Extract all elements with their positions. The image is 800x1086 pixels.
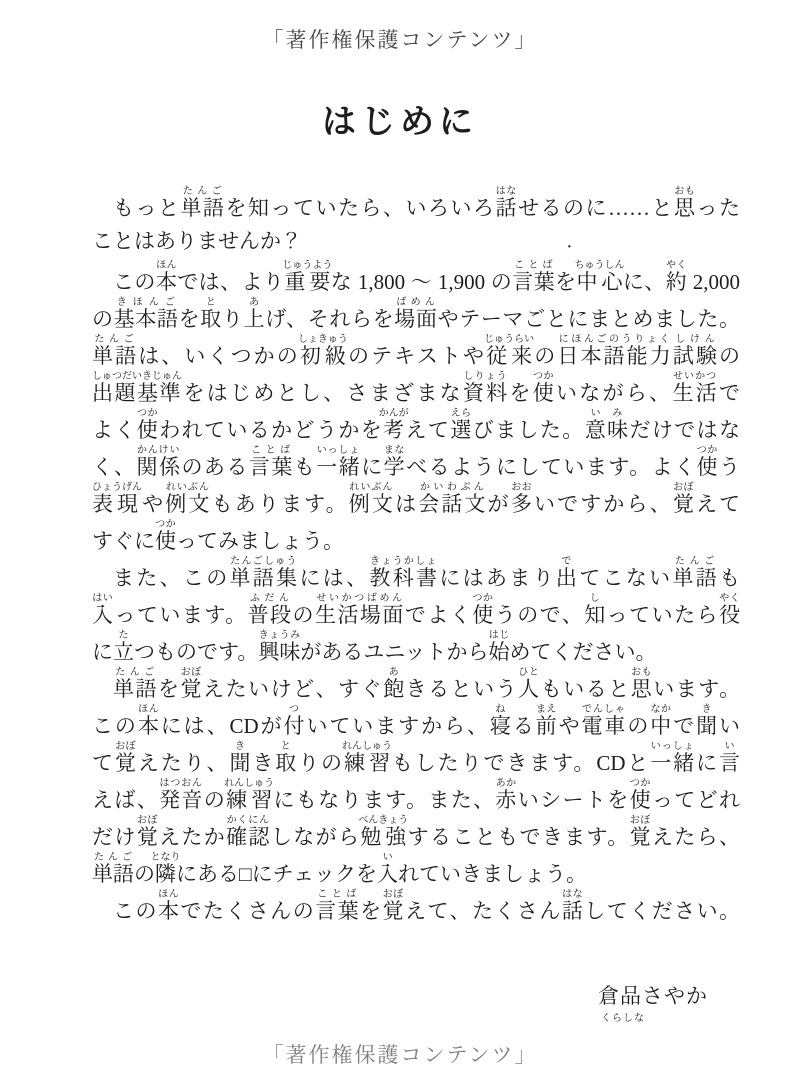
ruby-annotated-word: 使つか <box>697 455 719 479</box>
text-line: 単語たんごの隣となりにある□にチェックを入いれていきましょう。 <box>92 852 740 889</box>
content-area: もっと単語たんごを知っていたら、いろいろ話はなせるのに……と思おもったことはあり… <box>92 186 740 926</box>
ruby-annotated-word: 言葉ことば <box>512 270 555 294</box>
ruby-annotated-word: 重要じゅうよう <box>284 270 330 294</box>
ruby-annotated-word: 中なか <box>650 714 673 738</box>
ruby-annotated-word: 使つか <box>155 529 176 553</box>
ruby-annotated-word: 初級しょきゅう <box>300 344 346 368</box>
ruby-annotated-word: 会話文かいわぶん <box>418 492 487 516</box>
ruby-annotated-word: 覚おぼ <box>673 492 696 516</box>
ruby-annotated-word: 言葉ことば <box>315 899 360 923</box>
ruby-annotated-word: 本ほん <box>156 270 177 294</box>
ruby-annotated-word: 人ひと <box>518 677 541 701</box>
ruby-annotated-word: 思おも <box>674 196 697 220</box>
text-line: 単語たんごを覚おぼえたいけど、すぐ飽あきるという人ひともいると思おもいます。 <box>92 667 740 704</box>
ruby-annotated-word: 役やく <box>719 603 740 627</box>
ruby-annotated-word: 生活場面せいかつばめん <box>315 603 405 627</box>
text-line: に立たつものです。興味きょうみがあるユニットから始はじめてください。 <box>92 630 740 667</box>
author-signature: 倉品さやか くらしな <box>598 980 708 1024</box>
ruby-annotated-word: 場面ばめん <box>394 307 437 331</box>
author-surname: 倉品 <box>598 984 642 1008</box>
ruby-annotated-word: 上あ <box>244 307 266 331</box>
ruby-annotated-word: 聞き <box>229 751 252 775</box>
ruby-annotated-word: 飽あ <box>383 677 406 701</box>
ruby-annotated-word: 単語たんご <box>92 862 134 886</box>
ruby-annotated-word: 本ほん <box>158 899 180 923</box>
ruby-annotated-word: 関係かんけい <box>137 455 182 479</box>
ruby-annotated-word: 単語集たんごしゅう <box>230 566 300 590</box>
ruby-annotated-word: 覚おぼ <box>115 751 138 775</box>
text-line: すぐに使つかってみましょう。 <box>92 519 740 556</box>
ruby-annotated-word: 意味いみ <box>585 418 630 442</box>
text-line: だけ覚おぼえたか確認かくにんしながら勉強べんきょうすることもできます。覚おぼえた… <box>92 815 740 852</box>
ruby-annotated-word: 電車でんしゃ <box>582 714 628 738</box>
text-line: よく使つかわれているかどうかを考かんがえて選えらびました。意味いみだけではな <box>92 408 740 445</box>
ruby-annotated-word: 言い <box>719 751 740 775</box>
ruby-annotated-word: 確認かくにん <box>226 825 271 849</box>
ruby-annotated-word: 知し <box>584 603 606 627</box>
ruby-annotated-word: 選えら <box>450 418 472 442</box>
ruby-annotated-word: 言葉ことば <box>249 455 294 479</box>
ruby-annotated-word: 使つか <box>472 603 494 627</box>
ruby-annotated-word: 一緒いっしょ <box>650 751 696 775</box>
ruby-annotated-word: 中心ちゅうしん <box>576 270 622 294</box>
ruby-annotated-word: 付つ <box>284 714 307 738</box>
ruby-annotated-word: 入はい <box>92 603 114 627</box>
text-line: 単語たんごは、いくつかの初級しょきゅうのテキストや従来じゅうらいの日本語能力にほ… <box>92 334 740 371</box>
ruby-annotated-word: 多おお <box>511 492 534 516</box>
text-line: の基本語きほんごを取とり上あげ、それらを場面ばめんやテーマごとにまとめました。 <box>92 297 740 334</box>
ruby-annotated-word: 表現ひょうげん <box>92 492 140 516</box>
stray-dot-mark: · <box>566 236 573 259</box>
ruby-annotated-word: 一緒いっしょ <box>316 455 361 479</box>
ruby-annotated-word: 使つか <box>137 418 159 442</box>
ruby-annotated-word: 約やく <box>666 270 687 294</box>
ruby-annotated-word: 例文れいぶん <box>165 492 211 516</box>
ruby-annotated-word: 練習れんしゅう <box>226 788 272 812</box>
ruby-annotated-word: 単語たんご <box>672 566 719 590</box>
ruby-annotated-word: 立た <box>113 640 134 664</box>
ruby-annotated-word: 出題基準しゅつだいきじゅん <box>92 381 181 405</box>
ruby-annotated-word: 話はな <box>496 196 519 220</box>
text-line: えば、発音はつおんの練習れんしゅうにもなります。また、赤あかいシートを使つかって… <box>92 778 740 815</box>
text-line: ことはありませんか？ <box>92 223 740 260</box>
ruby-annotated-word: 覚おぼ <box>383 899 405 923</box>
text-line: もっと単語たんごを知っていたら、いろいろ話はなせるのに……と思おもった <box>92 186 740 223</box>
text-line: この本ほんでたくさんの言葉ことばを覚おぼえて、たくさん話はなしてください。 <box>92 889 740 926</box>
ruby-annotated-word: 覚おぼ <box>137 825 159 849</box>
ruby-annotated-word: 従来じゅうらい <box>486 344 532 368</box>
ruby-annotated-word: 例文れいぶん <box>349 492 395 516</box>
ruby-annotated-word: 出で <box>556 566 579 590</box>
ruby-annotated-word: 聞き <box>696 714 719 738</box>
ruby-annotated-word: 思おも <box>631 677 654 701</box>
ruby-annotated-word: 単語たんご <box>113 677 158 701</box>
text-line: て覚おぼえたり、聞きき取とりの練習れんしゅうもしたりできます。CDと一緒いっしょ… <box>92 741 740 778</box>
ruby-annotated-word: 取と <box>275 751 298 775</box>
ruby-annotated-word: 単語たんご <box>92 344 138 368</box>
ruby-annotated-word: 資料しりょう <box>463 381 510 405</box>
ruby-annotated-word: 始はじ <box>489 640 510 664</box>
ruby-annotated-word: 興味きょうみ <box>258 640 300 664</box>
ruby-annotated-word: 隣となり <box>155 862 176 886</box>
author-surname-furigana: くらしな <box>601 1009 708 1024</box>
ruby-annotated-word: 考かんが <box>383 418 404 442</box>
ruby-annotated-word: 入い <box>377 862 398 886</box>
text-line: 出題基準しゅつだいきじゅんをはじめとし、さまざまな資料しりょうを使つかいながら、… <box>92 371 740 408</box>
ruby-annotated-word: 取と <box>200 307 222 331</box>
ruby-annotated-word: 学まな <box>384 455 406 479</box>
author-name-line: 倉品さやか <box>598 984 708 1008</box>
ruby-annotated-word: 練習れんしゅう <box>344 751 390 775</box>
ruby-annotated-word: 生活せいかつ <box>672 381 719 405</box>
ruby-annotated-word: 使つか <box>630 788 652 812</box>
text-line: く、関係かんけいのある言葉ことばも一緒いっしょに学まなべるようにしています。よく… <box>92 445 740 482</box>
ruby-annotated-word: 普段ふだん <box>248 603 293 627</box>
ruby-annotated-word: 話はな <box>562 899 584 923</box>
text-line: この本ほんには、CDが付ついていますから、寝ねる前まえや電車でんしゃの中なかで聞… <box>92 704 740 741</box>
text-line: 入はいっています。普段ふだんの生活場面せいかつばめんでよく使つかうので、知しって… <box>92 593 740 630</box>
text-line: また、この単語集たんごしゅうには、教科書きょうかしょにはあまり出でてこない単語た… <box>92 556 740 593</box>
ruby-annotated-word: 試験しけん <box>673 344 719 368</box>
copyright-notice-top: 「著作権保護コンテンツ」 <box>0 24 800 54</box>
page-title: はじめに <box>0 94 800 143</box>
copyright-notice-bottom: 「著作権保護コンテンツ」 <box>0 1039 800 1069</box>
ruby-annotated-word: 赤あか <box>495 788 517 812</box>
ruby-annotated-word: 発音はつおん <box>159 788 204 812</box>
ruby-annotated-word: 前まえ <box>536 714 559 738</box>
ruby-annotated-word: 本ほん <box>138 714 161 738</box>
ruby-annotated-word: 勉強べんきょう <box>360 825 406 849</box>
ruby-annotated-word: 教科書きょうかしょ <box>369 566 439 590</box>
ruby-annotated-word: 基本語きほんご <box>114 307 179 331</box>
page-root: { "colors": { "text": "#1e1e1e", "header… <box>0 0 800 1086</box>
text-line: 表現ひょうげんや例文れいぶんもあります。例文れいぶんは会話文かいわぶんが多おおい… <box>92 482 740 519</box>
text-line: この本ほんでは、より重要じゅうような 1,800 ～ 1,900 の言葉ことばを… <box>92 260 740 297</box>
ruby-annotated-word: 日本語能力にほんごのうりょく <box>557 344 672 368</box>
ruby-annotated-word: 覚おぼ <box>630 825 652 849</box>
ruby-annotated-word: 寝ね <box>490 714 513 738</box>
author-given-name: さやか <box>642 984 708 1008</box>
ruby-annotated-word: 単語たんご <box>181 196 226 220</box>
ruby-annotated-word: 使つか <box>533 381 556 405</box>
ruby-annotated-word: 覚おぼ <box>181 677 204 701</box>
